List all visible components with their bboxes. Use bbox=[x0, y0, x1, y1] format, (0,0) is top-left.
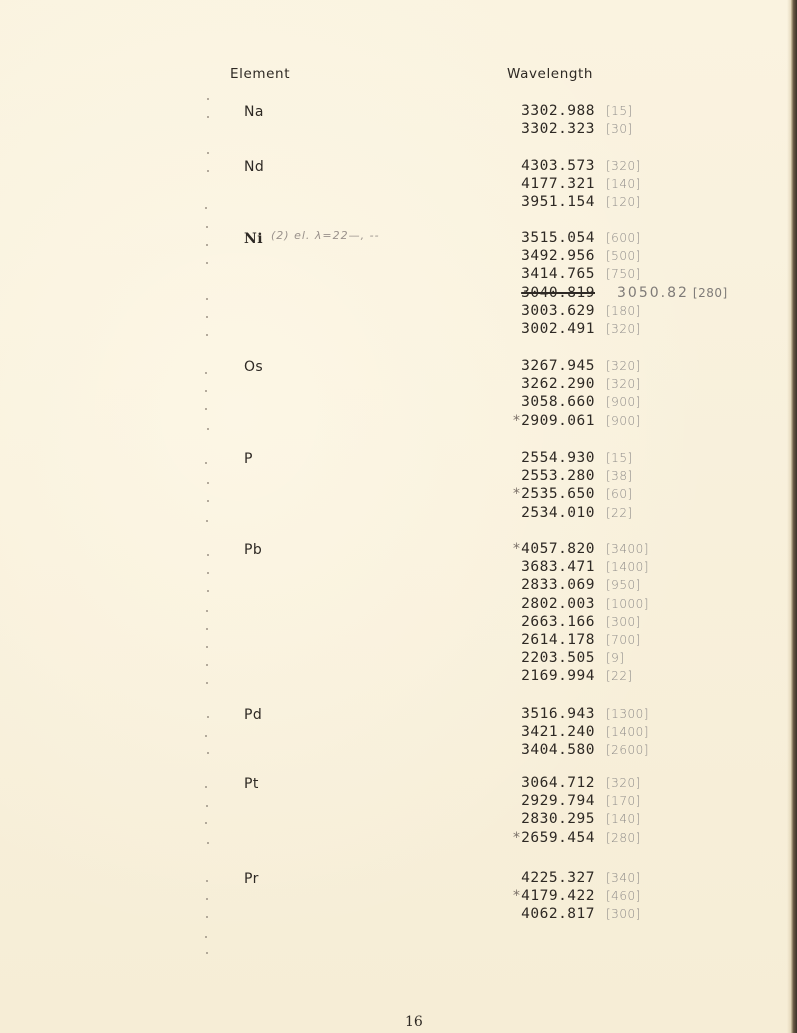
margin-dot bbox=[207, 98, 209, 100]
intensity-value: [1400] bbox=[606, 560, 649, 574]
wavelength-value: 2554.930 bbox=[521, 450, 595, 466]
margin-dot bbox=[206, 646, 208, 648]
intensity-value: [180] bbox=[606, 304, 641, 318]
table-row: 2554.930[15] bbox=[0, 450, 797, 469]
table-row: 2802.003[1000] bbox=[0, 596, 797, 615]
intensity-value: [38] bbox=[606, 469, 633, 483]
asterisk-mark-icon: * bbox=[512, 830, 521, 846]
handwritten-correction: 3050.82[280] bbox=[617, 285, 728, 301]
table-row: 3302.988[15] bbox=[0, 103, 797, 122]
margin-dot bbox=[205, 786, 207, 788]
wavelength-value: 3262.290 bbox=[521, 376, 595, 392]
wavelength-value: 3414.765 bbox=[521, 266, 595, 282]
wavelength-number: 3421.240 bbox=[521, 724, 595, 740]
margin-dot bbox=[205, 735, 207, 737]
table-row: 3492.956[500] bbox=[0, 248, 797, 267]
intensity-value: [280] bbox=[606, 831, 641, 845]
wavelength-number: 2553.280 bbox=[521, 468, 595, 484]
asterisk-mark-icon: * bbox=[512, 413, 521, 429]
table-row: 3262.290[320] bbox=[0, 376, 797, 395]
intensity-value: [140] bbox=[606, 177, 641, 191]
wavelength-value: 2534.010 bbox=[521, 505, 595, 521]
wavelength-value: 2169.994 bbox=[521, 668, 595, 684]
table-row: 2534.010[22] bbox=[0, 505, 797, 524]
margin-dot bbox=[207, 554, 209, 556]
margin-dot bbox=[206, 682, 208, 684]
wavelength-number: 4179.422 bbox=[521, 888, 595, 904]
asterisk-mark-icon: * bbox=[512, 888, 521, 904]
margin-dot bbox=[207, 500, 209, 502]
intensity-value: [140] bbox=[606, 812, 641, 826]
intensity-value: [900] bbox=[606, 414, 641, 428]
intensity-value: [300] bbox=[606, 907, 641, 921]
wavelength-number: 3262.290 bbox=[521, 376, 595, 392]
intensity-value: [900] bbox=[606, 395, 641, 409]
intensity-value: [1300] bbox=[606, 707, 649, 721]
table-row: 4177.321[140] bbox=[0, 176, 797, 195]
intensity-value: [320] bbox=[606, 159, 641, 173]
intensity-value: [60] bbox=[606, 487, 633, 501]
wavelength-value: 3003.629 bbox=[521, 303, 595, 319]
margin-dot bbox=[206, 244, 208, 246]
intensity-value: [320] bbox=[606, 359, 641, 373]
margin-dot bbox=[207, 716, 209, 718]
intensity-value: [15] bbox=[606, 104, 633, 118]
intensity-value: [170] bbox=[606, 794, 641, 808]
table-row: *2659.454[280] bbox=[0, 830, 797, 849]
margin-dot bbox=[207, 572, 209, 574]
table-row: *2909.061[900] bbox=[0, 413, 797, 432]
wavelength-value: 2830.295 bbox=[521, 811, 595, 827]
wavelength-value: 3683.471 bbox=[521, 559, 595, 575]
wavelength-number: 2830.295 bbox=[521, 811, 595, 827]
table-row: 4225.327[340] bbox=[0, 870, 797, 889]
margin-dot bbox=[206, 880, 208, 882]
wavelength-number: 3267.945 bbox=[521, 358, 595, 374]
table-row: 2833.069[950] bbox=[0, 577, 797, 596]
wavelength-value: 3040.819 bbox=[521, 285, 595, 301]
table-row: 3302.323[30] bbox=[0, 121, 797, 140]
table-row: 3040.8193050.82[280] bbox=[0, 285, 797, 304]
wavelength-value: 2553.280 bbox=[521, 468, 595, 484]
handwritten-annotation-ni: (2) el. λ=22—, -- bbox=[271, 229, 380, 242]
table-row: 2929.794[170] bbox=[0, 793, 797, 812]
margin-dot bbox=[207, 752, 209, 754]
table-row: 4303.573[320] bbox=[0, 158, 797, 177]
margin-dot bbox=[207, 152, 209, 154]
wavelength-number: 3058.660 bbox=[521, 394, 595, 410]
table-row: 3002.491[320] bbox=[0, 321, 797, 340]
wavelength-value: 4062.817 bbox=[521, 906, 595, 922]
intensity-value: [320] bbox=[606, 377, 641, 391]
intensity-value: [950] bbox=[606, 578, 641, 592]
intensity-value: [300] bbox=[606, 615, 641, 629]
margin-dot bbox=[206, 610, 208, 612]
wavelength-number: 4225.327 bbox=[521, 870, 595, 886]
intensity-value: [700] bbox=[606, 633, 641, 647]
intensity-value: [460] bbox=[606, 889, 641, 903]
margin-dot bbox=[206, 805, 208, 807]
intensity-value: [9] bbox=[606, 651, 625, 665]
wavelength-number: 3404.580 bbox=[521, 742, 595, 758]
wavelength-value: 4177.321 bbox=[521, 176, 595, 192]
margin-dot bbox=[206, 628, 208, 630]
asterisk-mark-icon: * bbox=[512, 486, 521, 502]
wavelength-value: 3302.323 bbox=[521, 121, 595, 137]
intensity-value: [320] bbox=[606, 776, 641, 790]
wavelength-value: 3267.945 bbox=[521, 358, 595, 374]
wavelength-number: 3492.956 bbox=[521, 248, 595, 264]
table-row: *2535.650[60] bbox=[0, 486, 797, 505]
wavelength-number: 2535.650 bbox=[521, 486, 595, 502]
table-row: 3064.712[320] bbox=[0, 775, 797, 794]
intensity-value: [280] bbox=[693, 286, 728, 300]
wavelength-number: 4057.820 bbox=[521, 541, 595, 557]
wavelength-number: 3040.819 bbox=[521, 285, 595, 301]
table-row: 3003.629[180] bbox=[0, 303, 797, 322]
table-row: 3414.765[750] bbox=[0, 266, 797, 285]
wavelength-number: 3002.491 bbox=[521, 321, 595, 337]
corrected-wavelength: 3050.82 bbox=[617, 285, 689, 301]
wavelength-value: 3515.054 bbox=[521, 230, 595, 246]
wavelength-number: 2802.003 bbox=[521, 596, 595, 612]
margin-dot bbox=[206, 520, 208, 522]
margin-dot bbox=[207, 428, 209, 430]
margin-dot bbox=[205, 207, 207, 209]
wavelength-value: *4057.820 bbox=[512, 541, 595, 557]
table-row: *4057.820[3400] bbox=[0, 541, 797, 560]
wavelength-number: 3414.765 bbox=[521, 266, 595, 282]
intensity-value: [22] bbox=[606, 506, 633, 520]
wavelength-number: 2929.794 bbox=[521, 793, 595, 809]
wavelength-value: 2802.003 bbox=[521, 596, 595, 612]
wavelength-value: 3492.956 bbox=[521, 248, 595, 264]
table-row: 2553.280[38] bbox=[0, 468, 797, 487]
intensity-value: [340] bbox=[606, 871, 641, 885]
wavelength-number: 2203.505 bbox=[521, 650, 595, 666]
margin-dot bbox=[206, 664, 208, 666]
wavelength-number: 2614.178 bbox=[521, 632, 595, 648]
wavelength-number: 3302.323 bbox=[521, 121, 595, 137]
table-row: 3058.660[900] bbox=[0, 394, 797, 413]
table-row: 2169.994[22] bbox=[0, 668, 797, 687]
wavelength-value: 3516.943 bbox=[521, 706, 595, 722]
wavelength-number: 2554.930 bbox=[521, 450, 595, 466]
table-row: 3267.945[320] bbox=[0, 358, 797, 377]
intensity-value: [1000] bbox=[606, 597, 649, 611]
intensity-value: [15] bbox=[606, 451, 633, 465]
wavelength-value: *2909.061 bbox=[512, 413, 595, 429]
margin-dot bbox=[207, 482, 209, 484]
intensity-value: [2600] bbox=[606, 743, 649, 757]
intensity-value: [750] bbox=[606, 267, 641, 281]
table-row: 3951.154[120] bbox=[0, 194, 797, 213]
table-row: 3683.471[1400] bbox=[0, 559, 797, 578]
intensity-value: [600] bbox=[606, 231, 641, 245]
wavelength-number: 4177.321 bbox=[521, 176, 595, 192]
wavelength-number: 3683.471 bbox=[521, 559, 595, 575]
table-row: *4179.422[460] bbox=[0, 888, 797, 907]
margin-dot bbox=[205, 822, 207, 824]
wavelength-value: 3302.988 bbox=[521, 103, 595, 119]
margin-dot bbox=[206, 316, 208, 318]
wavelength-number: 4303.573 bbox=[521, 158, 595, 174]
column-header-element: Element bbox=[230, 66, 290, 82]
wavelength-value: 4303.573 bbox=[521, 158, 595, 174]
wavelength-number: 4062.817 bbox=[521, 906, 595, 922]
wavelength-value: 2833.069 bbox=[521, 577, 595, 593]
column-header-wavelength: Wavelength bbox=[507, 66, 593, 82]
margin-dot bbox=[206, 298, 208, 300]
margin-dot bbox=[206, 952, 208, 954]
wavelength-number: 2833.069 bbox=[521, 577, 595, 593]
margin-dot bbox=[205, 462, 207, 464]
wavelength-value: 2614.178 bbox=[521, 632, 595, 648]
wavelength-number: 2909.061 bbox=[521, 413, 595, 429]
table-row: 2663.166[300] bbox=[0, 614, 797, 633]
document-page: Element Wavelength Na3302.988[15]3302.32… bbox=[0, 0, 797, 1033]
wavelength-number: 2534.010 bbox=[521, 505, 595, 521]
wavelength-value: *2659.454 bbox=[512, 830, 595, 846]
table-row: 2203.505[9] bbox=[0, 650, 797, 669]
table-row: 3404.580[2600] bbox=[0, 742, 797, 761]
table-row: 2830.295[140] bbox=[0, 811, 797, 830]
wavelength-value: 3951.154 bbox=[521, 194, 595, 210]
wavelength-number: 2659.454 bbox=[521, 830, 595, 846]
margin-dot bbox=[206, 916, 208, 918]
wavelength-number: 3003.629 bbox=[521, 303, 595, 319]
intensity-value: [30] bbox=[606, 122, 633, 136]
intensity-value: [500] bbox=[606, 249, 641, 263]
wavelength-value: 2663.166 bbox=[521, 614, 595, 630]
table-row: 3421.240[1400] bbox=[0, 724, 797, 743]
margin-dot bbox=[205, 408, 207, 410]
intensity-value: [320] bbox=[606, 322, 641, 336]
margin-dot bbox=[206, 226, 208, 228]
page-number: 16 bbox=[405, 1014, 423, 1030]
margin-dot bbox=[207, 170, 209, 172]
wavelength-value: 3404.580 bbox=[521, 742, 595, 758]
margin-dot bbox=[207, 842, 209, 844]
table-row: 4062.817[300] bbox=[0, 906, 797, 925]
wavelength-number: 3064.712 bbox=[521, 775, 595, 791]
wavelength-value: 4225.327 bbox=[521, 870, 595, 886]
wavelength-number: 3302.988 bbox=[521, 103, 595, 119]
margin-dot bbox=[205, 936, 207, 938]
table-row: 3515.054[600] bbox=[0, 230, 797, 249]
wavelength-number: 3951.154 bbox=[521, 194, 595, 210]
wavelength-value: 3058.660 bbox=[521, 394, 595, 410]
wavelength-value: 3064.712 bbox=[521, 775, 595, 791]
margin-dot bbox=[205, 372, 207, 374]
wavelength-number: 3515.054 bbox=[521, 230, 595, 246]
wavelength-value: 3002.491 bbox=[521, 321, 595, 337]
margin-dot bbox=[206, 334, 208, 336]
asterisk-mark-icon: * bbox=[512, 541, 521, 557]
intensity-value: [22] bbox=[606, 669, 633, 683]
margin-dot bbox=[207, 590, 209, 592]
table-row: 3516.943[1300] bbox=[0, 706, 797, 725]
margin-dot bbox=[205, 390, 207, 392]
wavelength-value: 2203.505 bbox=[521, 650, 595, 666]
wavelength-value: 3421.240 bbox=[521, 724, 595, 740]
wavelength-number: 2663.166 bbox=[521, 614, 595, 630]
intensity-value: [120] bbox=[606, 195, 641, 209]
wavelength-value: *4179.422 bbox=[512, 888, 595, 904]
intensity-value: [3400] bbox=[606, 542, 649, 556]
wavelength-number: 2169.994 bbox=[521, 668, 595, 684]
wavelength-value: *2535.650 bbox=[512, 486, 595, 502]
margin-dot bbox=[206, 262, 208, 264]
margin-dot bbox=[207, 116, 209, 118]
intensity-value: [1400] bbox=[606, 725, 649, 739]
margin-dot bbox=[206, 898, 208, 900]
wavelength-number: 3516.943 bbox=[521, 706, 595, 722]
wavelength-value: 2929.794 bbox=[521, 793, 595, 809]
table-row: 2614.178[700] bbox=[0, 632, 797, 651]
